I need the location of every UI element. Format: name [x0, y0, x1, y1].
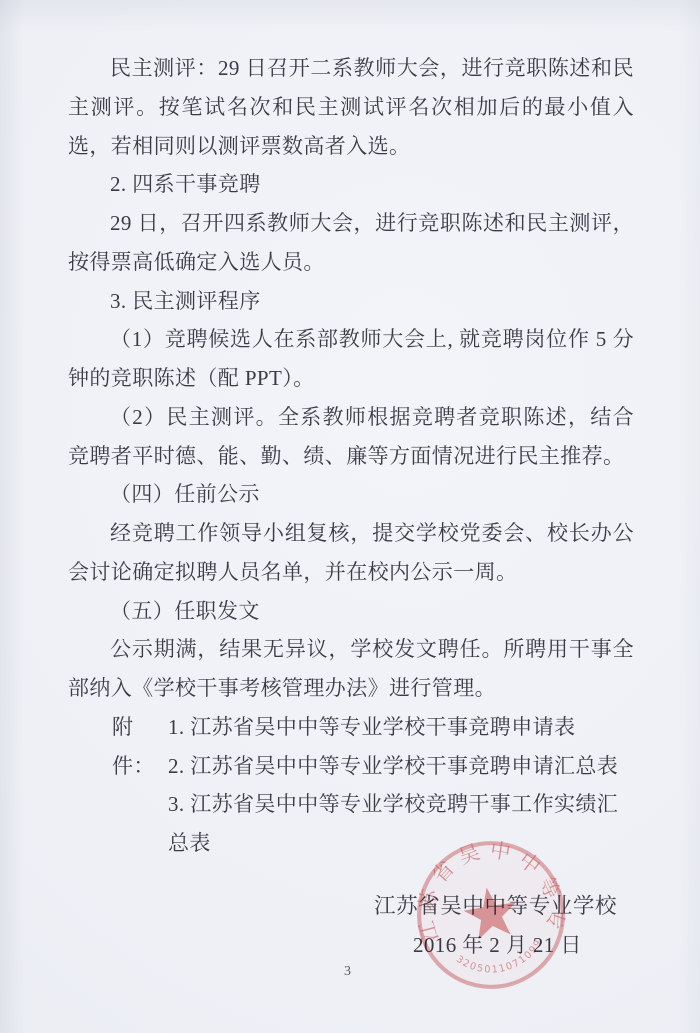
heading-pre-announcement: （四）任前公示: [68, 475, 634, 514]
official-seal: 江苏省吴中中等专业学校 3205011071099: [403, 827, 579, 1003]
paragraph-pre-announcement: 经竞聘工作领导小组复核，提交学校党委会、校长办公会讨论确定拟聘人员名单，并在校内…: [68, 514, 634, 592]
page-number: 3: [344, 964, 351, 980]
heading-section-2: 2. 四系干事竞聘: [68, 165, 634, 204]
attachment-item-1: 1. 江苏省吴中中等专业学校干事竞聘申请表: [168, 708, 634, 747]
paragraph-procedure-2: （2）民主测评。全系教师根据竞聘者竞职陈述，结合竞聘者平时德、能、勤、绩、廉等方…: [68, 398, 634, 476]
attachment-item-2: 2. 江苏省吴中中等专业学校干事竞聘申请汇总表: [168, 747, 634, 786]
paragraph-appointment: 公示期满，结果无异议，学校发文聘任。所聘用干事全部纳入《学校干事考核管理办法》进…: [68, 630, 634, 708]
document-page: 民主测评：29 日召开二系教师大会，进行竞职陈述和民主测评。按笔试名次和民主测试…: [0, 0, 700, 1033]
document-body: 民主测评：29 日召开二系教师大会，进行竞职陈述和民主测评。按笔试名次和民主测试…: [68, 49, 634, 863]
heading-appointment: （五）任职发文: [68, 592, 634, 631]
paragraph-democratic-eval: 民主测评：29 日召开二系教师大会，进行竞职陈述和民主测评。按笔试名次和民主测试…: [68, 49, 634, 165]
heading-section-3: 3. 民主测评程序: [68, 282, 634, 321]
paragraph-procedure-1: （1）竞聘候选人在系部教师大会上, 就竞聘岗位作 5 分钟的竞职陈述（配 PPT…: [68, 320, 634, 398]
paragraph-fourth-dept: 29 日，召开四系教师大会，进行竞职陈述和民主测评，按得票高低确定入选人员。: [68, 204, 634, 282]
attachments-list: 1. 江苏省吴中中等专业学校干事竞聘申请表 2. 江苏省吴中中等专业学校干事竞聘…: [168, 708, 634, 863]
attachment-item-3: 3. 江苏省吴中中等专业学校竞聘干事工作实绩汇总表: [168, 785, 634, 863]
attachments-label: 附件：: [112, 708, 168, 863]
